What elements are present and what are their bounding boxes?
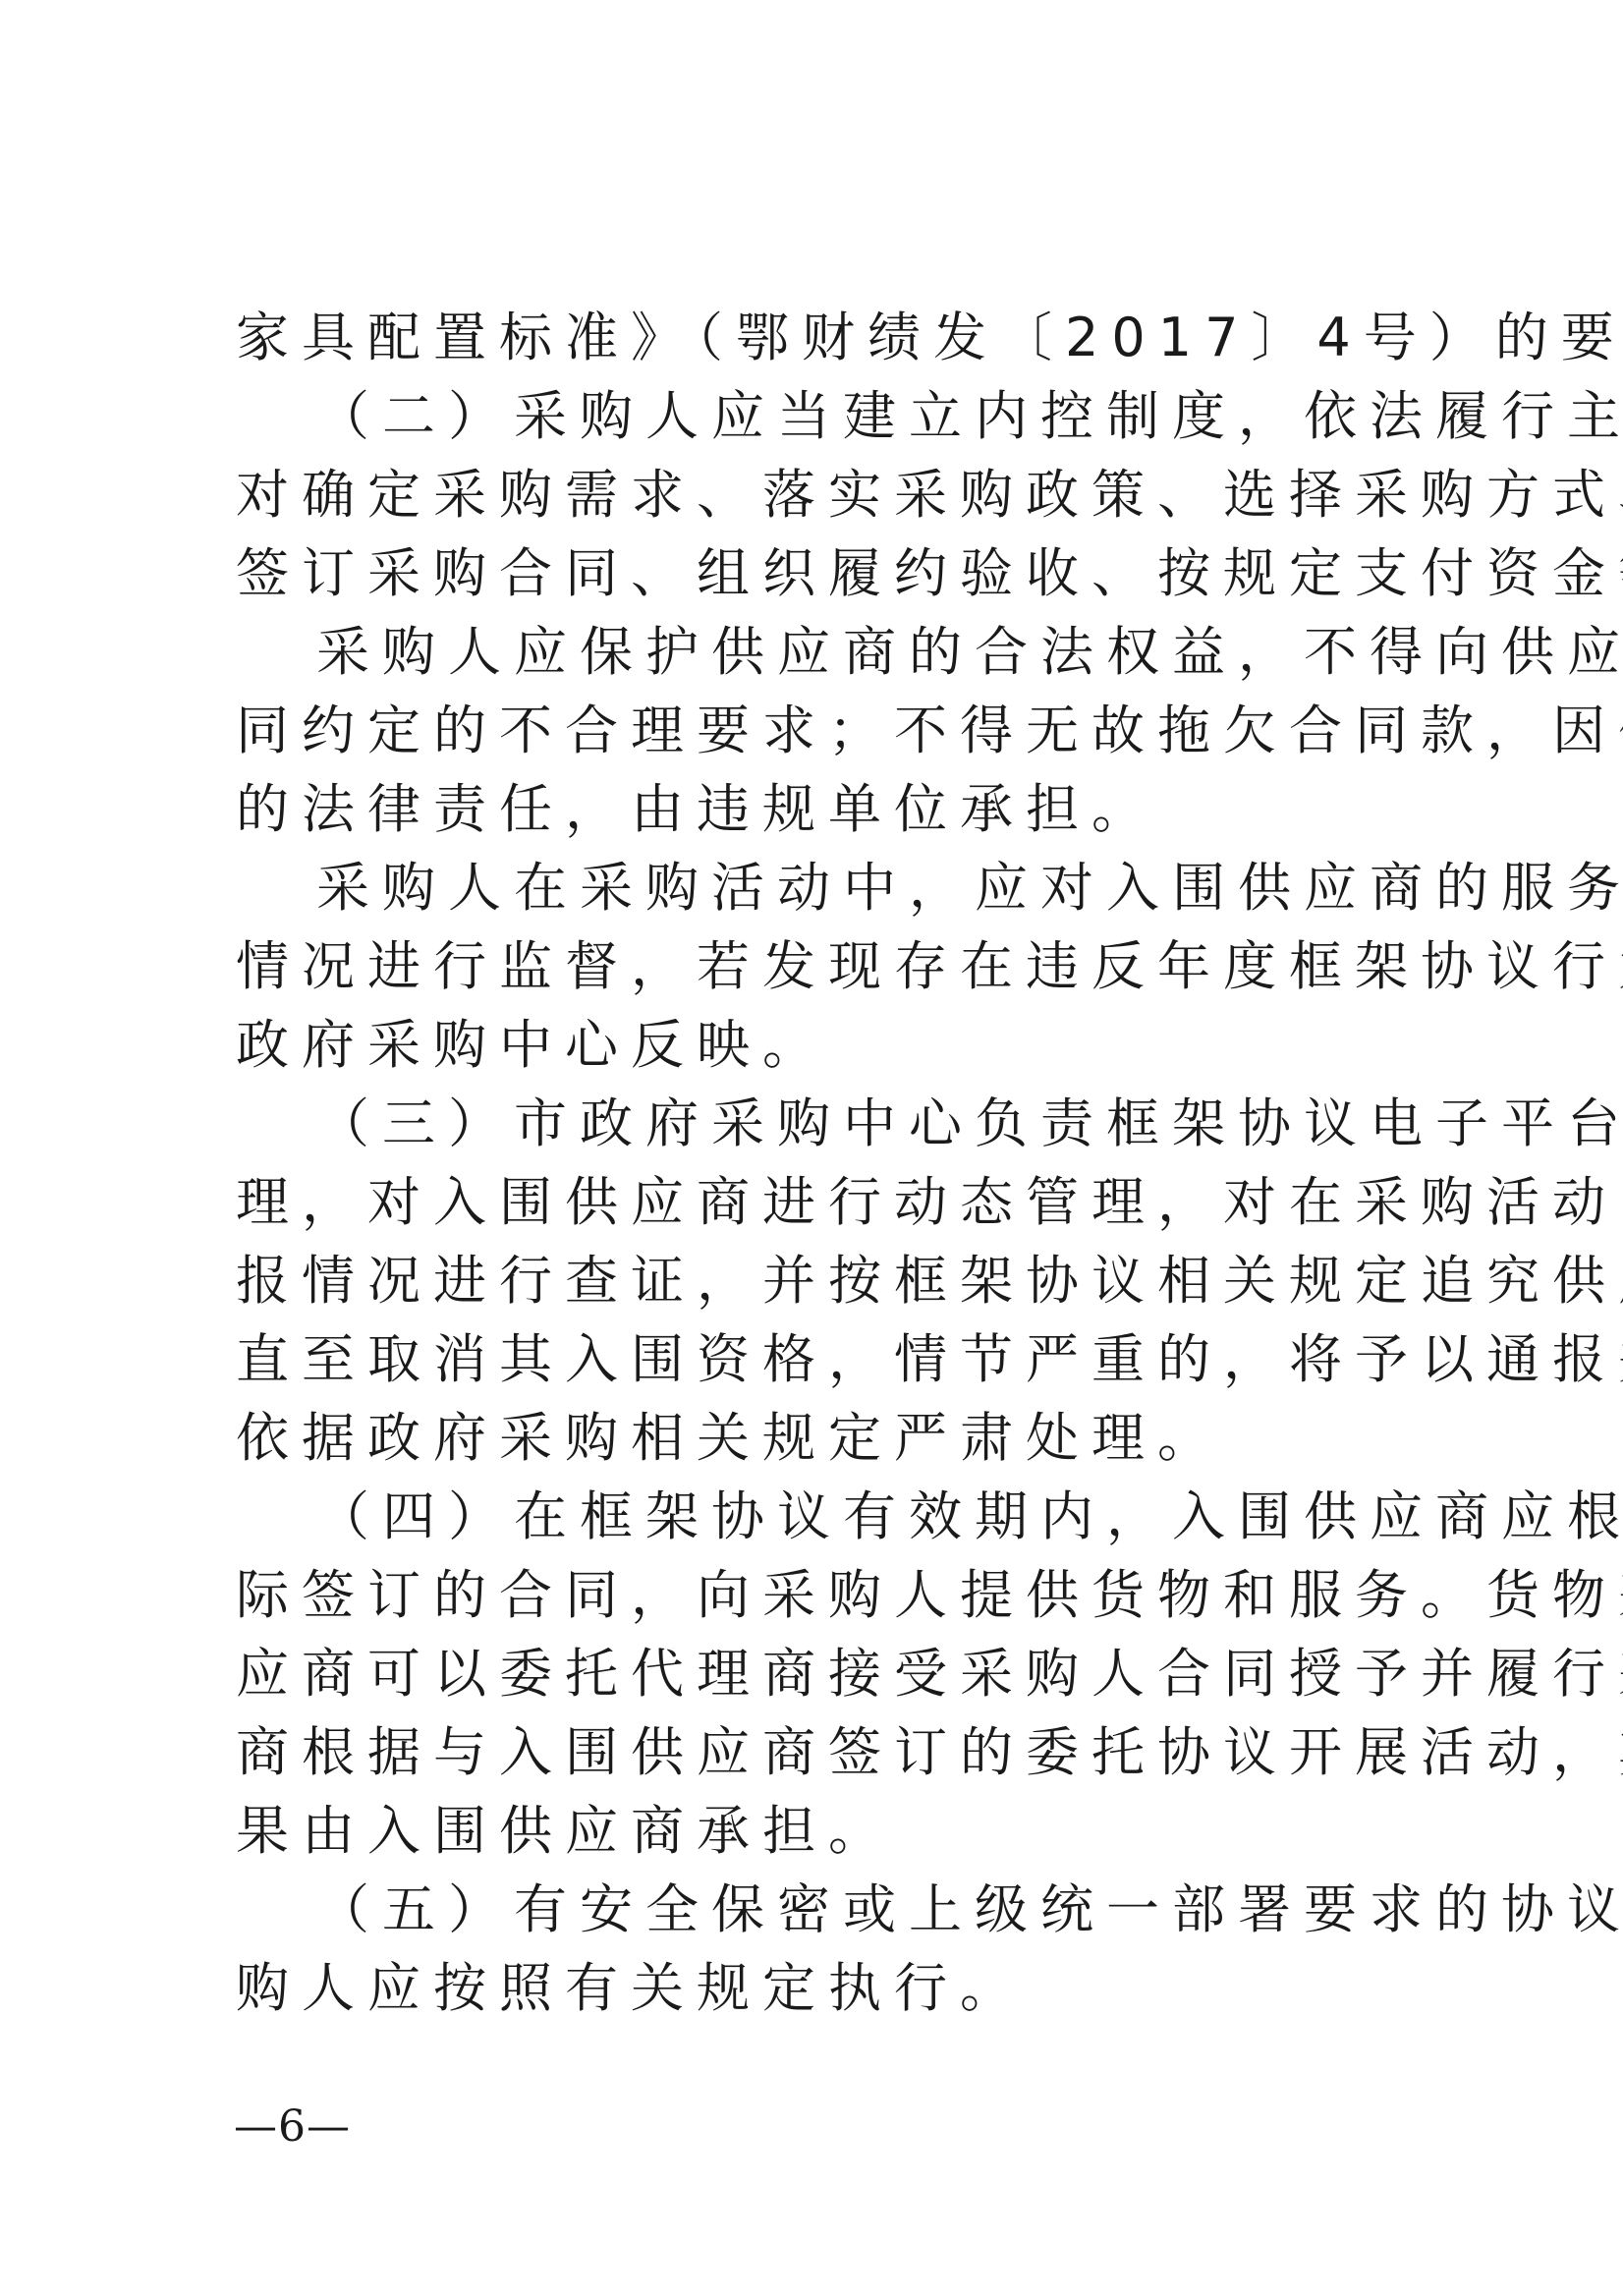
- paragraph-start-line: 采购人在采购活动中，应对入围供应商的服务、价格和履约: [316, 849, 1515, 927]
- page-number: —6—: [234, 2098, 351, 2156]
- text-line: 际签订的合同，向采购人提供货物和服务。货物采购中，入围供: [236, 1556, 1434, 1635]
- text-line: 政府采购中心反映。: [236, 1006, 1434, 1085]
- text-line: 应商可以委托代理商接受采购人合同授予并履行采购合同，代理: [236, 1635, 1434, 1713]
- text-line: 商根据与入围供应商签订的委托协议开展活动，其行为的法律后: [236, 1713, 1434, 1792]
- paragraph-2-heading-line: （二）采购人应当建立内控制度，依法履行主体责任，加强: [316, 377, 1515, 456]
- text-line: 购人应按照有关规定执行。: [236, 1949, 1434, 2028]
- text-line: 报情况进行查证，并按框架协议相关规定追究供应商的违约责任: [236, 1242, 1434, 1320]
- text-line: 理，对入围供应商进行动态管理，对在采购活动中存在违约及举: [236, 1163, 1434, 1242]
- paragraph-4-heading-line: （四）在框架协议有效期内，入围供应商应根据与采购人实: [316, 1478, 1515, 1556]
- text-line: 果由入围供应商承担。: [236, 1792, 1434, 1871]
- paragraph-start-line: 采购人应保护供应商的合法权益，不得向供应商提出超出合: [316, 613, 1515, 692]
- text-line: 的法律责任，由违规单位承担。: [236, 770, 1434, 849]
- text-line: 对确定采购需求、落实采购政策、选择采购方式、公开采购信息、: [236, 456, 1434, 534]
- paragraph-5-heading-line: （五）有安全保密或上级统一部署要求的协议供货采购，采: [316, 1871, 1515, 1949]
- text-line: 同约定的不合理要求；不得无故拖欠合同款，因付款等问题引起: [236, 692, 1434, 770]
- text-line: 依据政府采购相关规定严肃处理。: [236, 1399, 1434, 1478]
- text-line: 家具配置标准》（鄂财绩发〔2017〕4号）的要求。: [236, 299, 1434, 377]
- text-line: 直至取消其入围资格，情节严重的，将予以通报并提请市财政局: [236, 1320, 1434, 1399]
- paragraph-3-heading-line: （三）市政府采购中心负责框架协议电子平台的维护和管: [316, 1085, 1515, 1163]
- text-line: 签订采购合同、组织履约验收、按规定支付资金等全过程内控管理。: [236, 534, 1434, 613]
- text-line: 情况进行监督，若发现存在违反年度框架协议行为，应及时向市: [236, 927, 1434, 1006]
- document-page: 家具配置标准》（鄂财绩发〔2017〕4号）的要求。 （二）采购人应当建立内控制度…: [0, 0, 1623, 2296]
